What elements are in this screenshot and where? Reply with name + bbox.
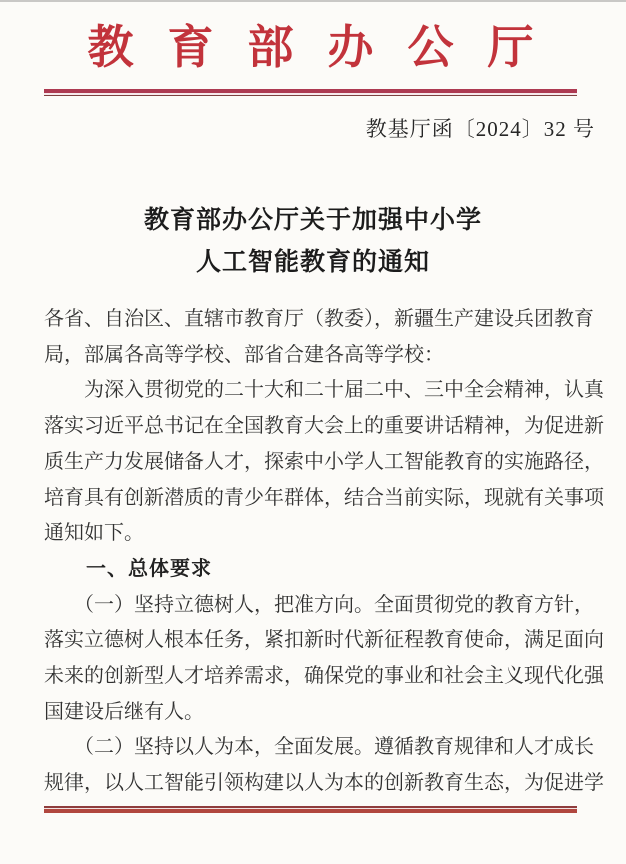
official-document-page: 教育部办公厅 教基厅函〔2024〕32 号 教育部办公厅关于加强中小学 人工智能… <box>0 0 626 864</box>
item-2-paragraph: （二）坚持以人为本，全面发展。遵循教育规律和人才成长 规律，以人工智能引领构建以… <box>44 730 605 801</box>
document-body: 各省、自治区、直辖市教育厅（教委），新疆生产建设兵团教育 局，部属各高等学校、部… <box>44 302 605 802</box>
intro-paragraph: 为深入贯彻党的二十大和二十届二中、三中全会精神，认真 落实习近平总书记在全国教育… <box>44 373 605 552</box>
addressee-line: 各省、自治区、直辖市教育厅（教委），新疆生产建设兵团教育 局，部属各高等学校、部… <box>44 302 605 373</box>
masthead-double-rule <box>44 89 577 96</box>
document-reference-number: 教基厅函〔2024〕32 号 <box>44 113 595 143</box>
agency-masthead: 教育部办公厅 <box>44 22 577 74</box>
document-title: 教育部办公厅关于加强中小学 人工智能教育的通知 <box>0 200 626 284</box>
masthead-rule-thin-line <box>44 95 577 96</box>
section-1-heading: 一、总体要求 <box>44 552 605 588</box>
footer-double-rule <box>44 806 577 813</box>
scan-top-edge <box>0 0 626 2</box>
item-1-paragraph: （一）坚持立德树人，把准方向。全面贯彻党的教育方针， 落实立德树人根本任务，紧扣… <box>44 588 605 731</box>
footer-rule-thick-line <box>44 809 577 813</box>
